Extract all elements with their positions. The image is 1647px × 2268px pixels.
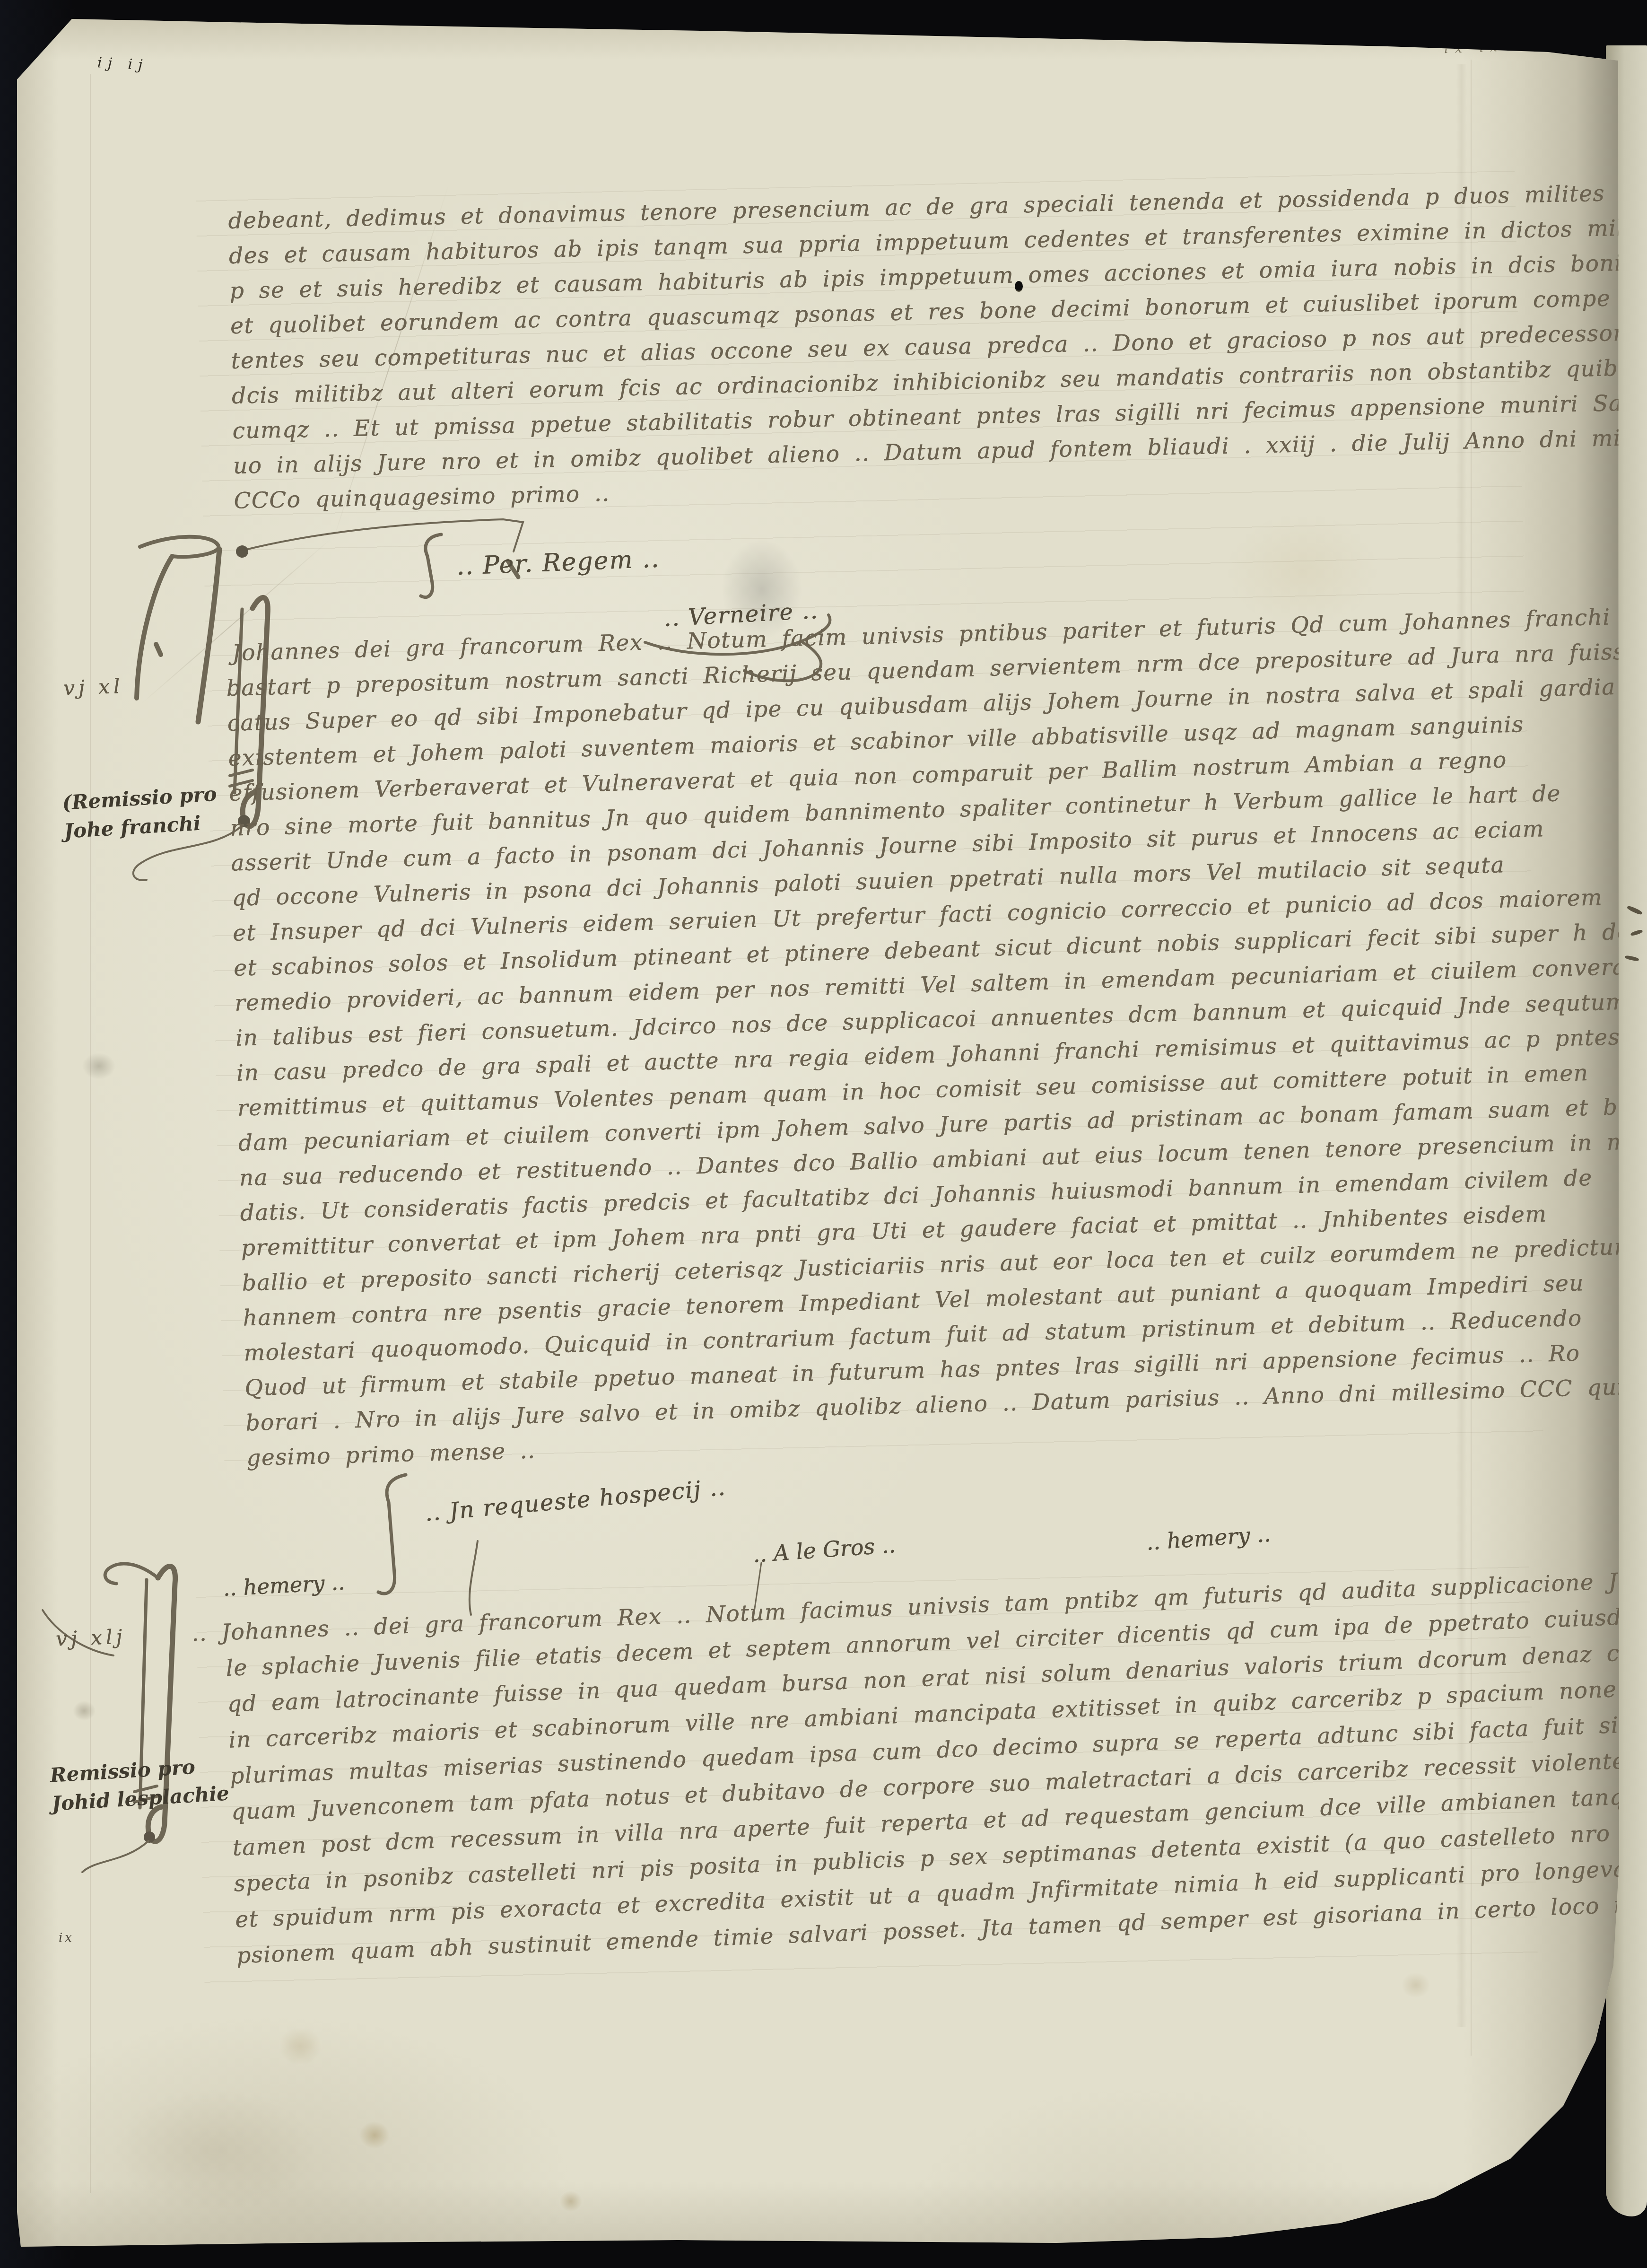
folio-tick-marks-top-left: ij ij	[97, 54, 148, 74]
bracket-flourish	[421, 534, 441, 597]
ink-comma	[156, 644, 161, 655]
warm-discoloration	[1227, 514, 1378, 627]
folio-tick-marks-top-right: ix ix	[1444, 40, 1504, 56]
ink-smudge	[73, 1701, 96, 1721]
bleed-through-ink-mark	[1627, 905, 1643, 915]
entry-1-text: debeant, dedimus et donavimus tenore pre…	[228, 181, 1596, 523]
folio-mark-left-lower: ix	[59, 1931, 74, 1945]
mottling	[115, 2089, 314, 2212]
fox-spot	[359, 2121, 390, 2149]
margin-note-remissio-franchi: (Remissio pro Johe franchi	[61, 780, 219, 846]
manuscript-page: ij ij ix ix ix	[16, 17, 1619, 2248]
margin-note-remissio-lesplachie: Remissio pro Johid lesplachie	[49, 1751, 230, 1818]
clerk-signature-a-le-gros: .. A le Gros ..	[752, 1532, 896, 1567]
clerk-signature-hemery-right: .. hemery ..	[1145, 1521, 1272, 1555]
photo-background: ij ij ix ix ix	[0, 0, 1647, 2268]
chancery-note-per-regem: .. Per. Regem ..	[456, 544, 660, 580]
bleed-through-ink-mark	[1624, 955, 1639, 962]
ink-smudge	[82, 1053, 115, 1079]
chancery-note-in-requeste-hospecij: .. Jn requeste hospecij ..	[424, 1474, 727, 1526]
margin-rule-left	[90, 74, 91, 2193]
initial-J-entry3	[105, 1564, 158, 1584]
initial-tail	[82, 1841, 148, 1872]
fox-spot	[1402, 1972, 1430, 1998]
descender-hairline	[470, 1541, 478, 1615]
paraph-flourish	[140, 537, 218, 557]
entry-3-text: .. Johannes .. dei gra francorum Rex .. …	[224, 1569, 1608, 1979]
fox-spot	[559, 2191, 582, 2212]
paraph-hairline	[242, 519, 523, 552]
margin-number-entry3: vj xlj	[55, 1625, 126, 1650]
margin-number-entry2: vj xl	[63, 674, 124, 700]
clerk-signature-hemery-left: .. hemery ..	[222, 1570, 345, 1601]
fox-spot	[279, 2027, 322, 2065]
bleed-through-ink-mark	[1630, 929, 1643, 937]
paraph-flourish	[137, 556, 172, 698]
paraph-flourish	[198, 549, 219, 722]
ink-blob	[144, 1831, 155, 1843]
entry-2-text: Johannes dei gra francorum Rex .. Notum …	[225, 604, 1613, 1480]
bracket-flourish	[378, 1475, 406, 1594]
ink-blob	[236, 545, 248, 558]
